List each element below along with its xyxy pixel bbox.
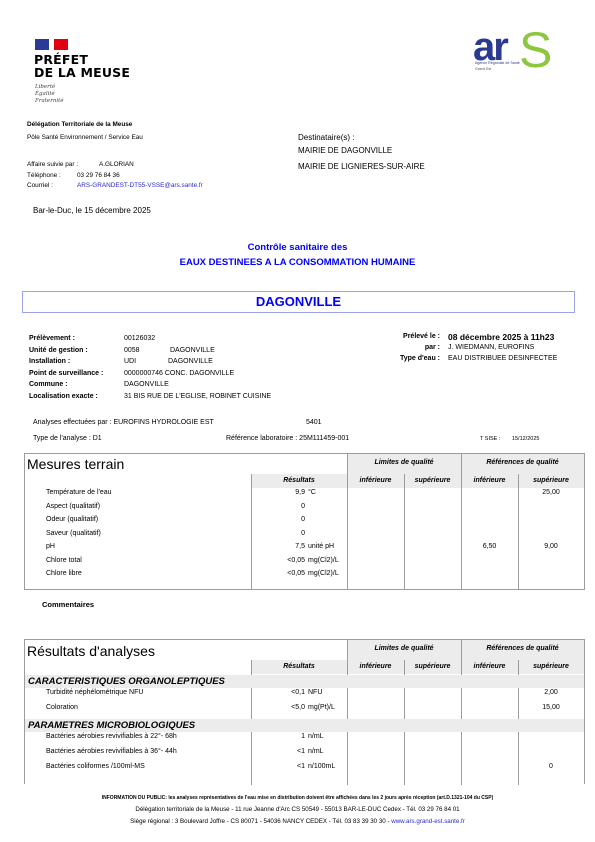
- footer-info-public: INFORMATION DU PUBLIC: les analyses repr…: [0, 795, 595, 801]
- telephone-label: Téléphone :: [27, 172, 61, 179]
- sample-value: 0000000746 CONC. DAGONVILLE: [124, 370, 234, 377]
- footer-siege-address: Siège régional : 3 Boulevard Joffre - CS…: [0, 818, 595, 825]
- table-row: pH7,5unité pH6,509,00: [25, 543, 584, 557]
- telephone-value: 03 29 76 84 36: [77, 172, 120, 179]
- reference-sup: 9,00: [518, 543, 584, 550]
- resultats-analyses-table: Résultats d'analyses Limites de qualitéR…: [24, 639, 585, 784]
- parameter-name: Température de l'eau: [46, 489, 112, 496]
- commentaires-label: Commentaires: [42, 600, 94, 609]
- courriel-label: Courriel :: [27, 182, 53, 189]
- sample-label: Commune :: [29, 381, 68, 388]
- header-references: Références de qualité: [461, 645, 584, 652]
- sample-value: 31 BIS RUE DE L'EGLISE, ROBINET CUISINE: [124, 393, 271, 400]
- table-row: Bactéries coliformes /100ml-MS<1n/100mL0: [25, 763, 584, 778]
- french-flag-logo: [35, 39, 68, 50]
- section-header: PARAMETRES MICROBIOLOGIQUES: [25, 719, 584, 732]
- table-row: Chlore libre<0,05mg(Cl2)/L: [25, 570, 584, 584]
- header-resultats: Résultats: [251, 663, 347, 670]
- recipient-item: MAIRIE DE LIGNIERES-SUR-AIRE: [298, 162, 425, 171]
- resultats-analyses-title: Résultats d'analyses: [27, 643, 155, 659]
- sample-label: Unité de gestion :: [29, 347, 88, 354]
- header-ref-sup: supérieure: [518, 477, 584, 484]
- reference-inf: 6,50: [461, 543, 518, 550]
- sample-label: Point de surveillance :: [29, 370, 103, 377]
- result-unit: °C: [308, 489, 316, 496]
- title-line2: EAUX DESTINEES A LA CONSOMMATION HUMAINE: [0, 257, 595, 268]
- parameter-name: Aspect (qualitatif): [46, 503, 100, 510]
- sample-right-value: EAU DISTRIBUEE DESINFECTEE: [448, 355, 557, 362]
- result-value: 0: [251, 516, 305, 523]
- commune-title: DAGONVILLE: [256, 294, 341, 309]
- sample-right-label: Prélevé le :: [370, 333, 440, 340]
- table-row: Odeur (qualitatif)0: [25, 516, 584, 530]
- result-value: 0: [251, 503, 305, 510]
- section-header: CARACTERISTIQUES ORGANOLEPTIQUES: [25, 675, 584, 688]
- result-unit: unité pH: [308, 543, 334, 550]
- reference-laboratoire: Référence laboratoire : 25M111459-001: [226, 435, 349, 442]
- footer-delegation-address: Délégation territoriale de la Meuse - 11…: [0, 806, 595, 813]
- lab-code: 5401: [306, 419, 322, 426]
- table-row: Saveur (qualitatif)0: [25, 530, 584, 544]
- section-title: CARACTERISTIQUES ORGANOLEPTIQUES: [28, 676, 225, 687]
- tsise: T SISE : 15/12/2025: [480, 436, 539, 442]
- parameter-name: Bactéries aérobies revivifiables à 36°- …: [46, 748, 177, 755]
- result-unit: mg(Cl2)/L: [308, 557, 339, 564]
- result-value: <0,05: [251, 570, 305, 577]
- header-ref-inf: inférieure: [461, 477, 518, 484]
- header-lim-inf: inférieure: [347, 477, 404, 484]
- recipient-item: MAIRIE DE DAGONVILLE: [298, 146, 392, 155]
- header-lim-inf: inférieure: [347, 663, 404, 670]
- devise: Liberté Égalité Fraternité: [35, 84, 64, 105]
- reference-sup: 2,00: [518, 689, 584, 696]
- sample-extra: DAGONVILLE: [168, 358, 213, 365]
- header-resultats: Résultats: [251, 477, 347, 484]
- result-unit: mg(Cl2)/L: [308, 570, 339, 577]
- header-ref-sup: supérieure: [518, 663, 584, 670]
- header-limites: Limites de qualité: [347, 459, 461, 466]
- result-value: <5,0: [251, 704, 305, 711]
- table-row: Aspect (qualitatif)0: [25, 503, 584, 517]
- title-line1: Contrôle sanitaire des: [0, 242, 595, 253]
- table-row: Bactéries aérobies revivifiables à 36°- …: [25, 748, 584, 763]
- reference-sup: 25,00: [518, 489, 584, 496]
- result-unit: n/mL: [308, 748, 324, 755]
- ars-logo-s: S: [519, 21, 552, 79]
- sample-value: 00126032: [124, 335, 155, 342]
- affaire-label: Affaire suivie par :: [27, 161, 78, 168]
- sample-value: 0058: [124, 347, 140, 354]
- result-value: 9,9: [251, 489, 305, 496]
- result-value: 7,5: [251, 543, 305, 550]
- parameter-name: Chlore total: [46, 557, 82, 564]
- result-value: <0,05: [251, 557, 305, 564]
- header-lim-sup: supérieure: [404, 477, 461, 484]
- type-analyse: Type de l'analyse : D1: [33, 435, 102, 442]
- sample-right-label: par :: [370, 344, 440, 351]
- table-row: Turbidité néphélométrique NFU<0,1NFU2,00: [25, 689, 584, 704]
- sample-label: Prélèvement :: [29, 335, 75, 342]
- header-lim-sup: supérieure: [404, 663, 461, 670]
- reference-sup: 0: [518, 763, 584, 770]
- result-value: <1: [251, 748, 305, 755]
- sample-value: DAGONVILLE: [124, 381, 169, 388]
- sample-value: UDI: [124, 358, 136, 365]
- affaire-value: A.GLORIAN: [99, 161, 134, 168]
- sample-label: Installation :: [29, 358, 70, 365]
- sample-label: Localisation exacte :: [29, 393, 98, 400]
- result-unit: n/100mL: [308, 763, 335, 770]
- table-row: Chlore total<0,05mg(Cl2)/L: [25, 557, 584, 571]
- result-value: <0,1: [251, 689, 305, 696]
- analyses-effectuees: Analyses effectuées par : EUROFINS HYDRO…: [33, 419, 214, 426]
- parameter-name: Turbidité néphélométrique NFU: [46, 689, 143, 696]
- result-value: 1: [251, 733, 305, 740]
- parameter-name: Bactéries coliformes /100ml-MS: [46, 763, 145, 770]
- parameter-name: Chlore libre: [46, 570, 82, 577]
- delegation-name: Délégation Territoriale de la Meuse: [27, 121, 132, 128]
- sample-right-label: Type d'eau :: [370, 355, 440, 362]
- parameter-name: Saveur (qualitatif): [46, 530, 101, 537]
- courriel-link[interactable]: ARS-GRANDEST-DT55-VSSE@ars.sante.fr: [77, 182, 203, 189]
- website-link[interactable]: www.ars.grand-est.sante.fr: [391, 818, 465, 825]
- pole-name: Pôle Santé Environnement / Service Eau: [27, 134, 143, 141]
- section-title: PARAMETRES MICROBIOLOGIQUES: [28, 720, 195, 731]
- result-unit: mg(Pt)/L: [308, 704, 335, 711]
- date-line: Bar-le-Duc, le 15 décembre 2025: [33, 206, 151, 215]
- result-value: <1: [251, 763, 305, 770]
- result-unit: n/mL: [308, 733, 324, 740]
- sample-right-value: J. WIEDMANN, EUROFINS: [448, 344, 534, 351]
- reference-sup: 15,00: [518, 704, 584, 711]
- table-row: Température de l'eau9,9°C25,00: [25, 489, 584, 503]
- header-references: Références de qualité: [461, 459, 584, 466]
- parameter-name: Odeur (qualitatif): [46, 516, 98, 523]
- commune-title-box: DAGONVILLE: [22, 291, 575, 313]
- ars-logo: ar S Agence Régionale de Santé Grand Est: [473, 33, 568, 78]
- parameter-name: pH: [46, 543, 55, 550]
- sample-extra: DAGONVILLE: [170, 347, 215, 354]
- header-ref-inf: inférieure: [461, 663, 518, 670]
- sample-right-value: 08 décembre 2025 à 11h23: [448, 332, 554, 342]
- mesures-terrain-title: Mesures terrain: [27, 456, 124, 472]
- result-value: 0: [251, 530, 305, 537]
- prefet-logo-text: PRÉFET DE LA MEUSE: [34, 53, 130, 79]
- result-unit: NFU: [308, 689, 322, 696]
- header-limites: Limites de qualité: [347, 645, 461, 652]
- mesures-terrain-table: Mesures terrain Limites de qualitéRéfére…: [24, 453, 585, 590]
- recipients-label: Destinataire(s) :: [298, 133, 354, 142]
- table-row: Bactéries aérobies revivifiables à 22°- …: [25, 733, 584, 748]
- table-row: Coloration<5,0mg(Pt)/L15,00: [25, 704, 584, 719]
- parameter-name: Coloration: [46, 704, 78, 711]
- parameter-name: Bactéries aérobies revivifiables à 22°- …: [46, 733, 177, 740]
